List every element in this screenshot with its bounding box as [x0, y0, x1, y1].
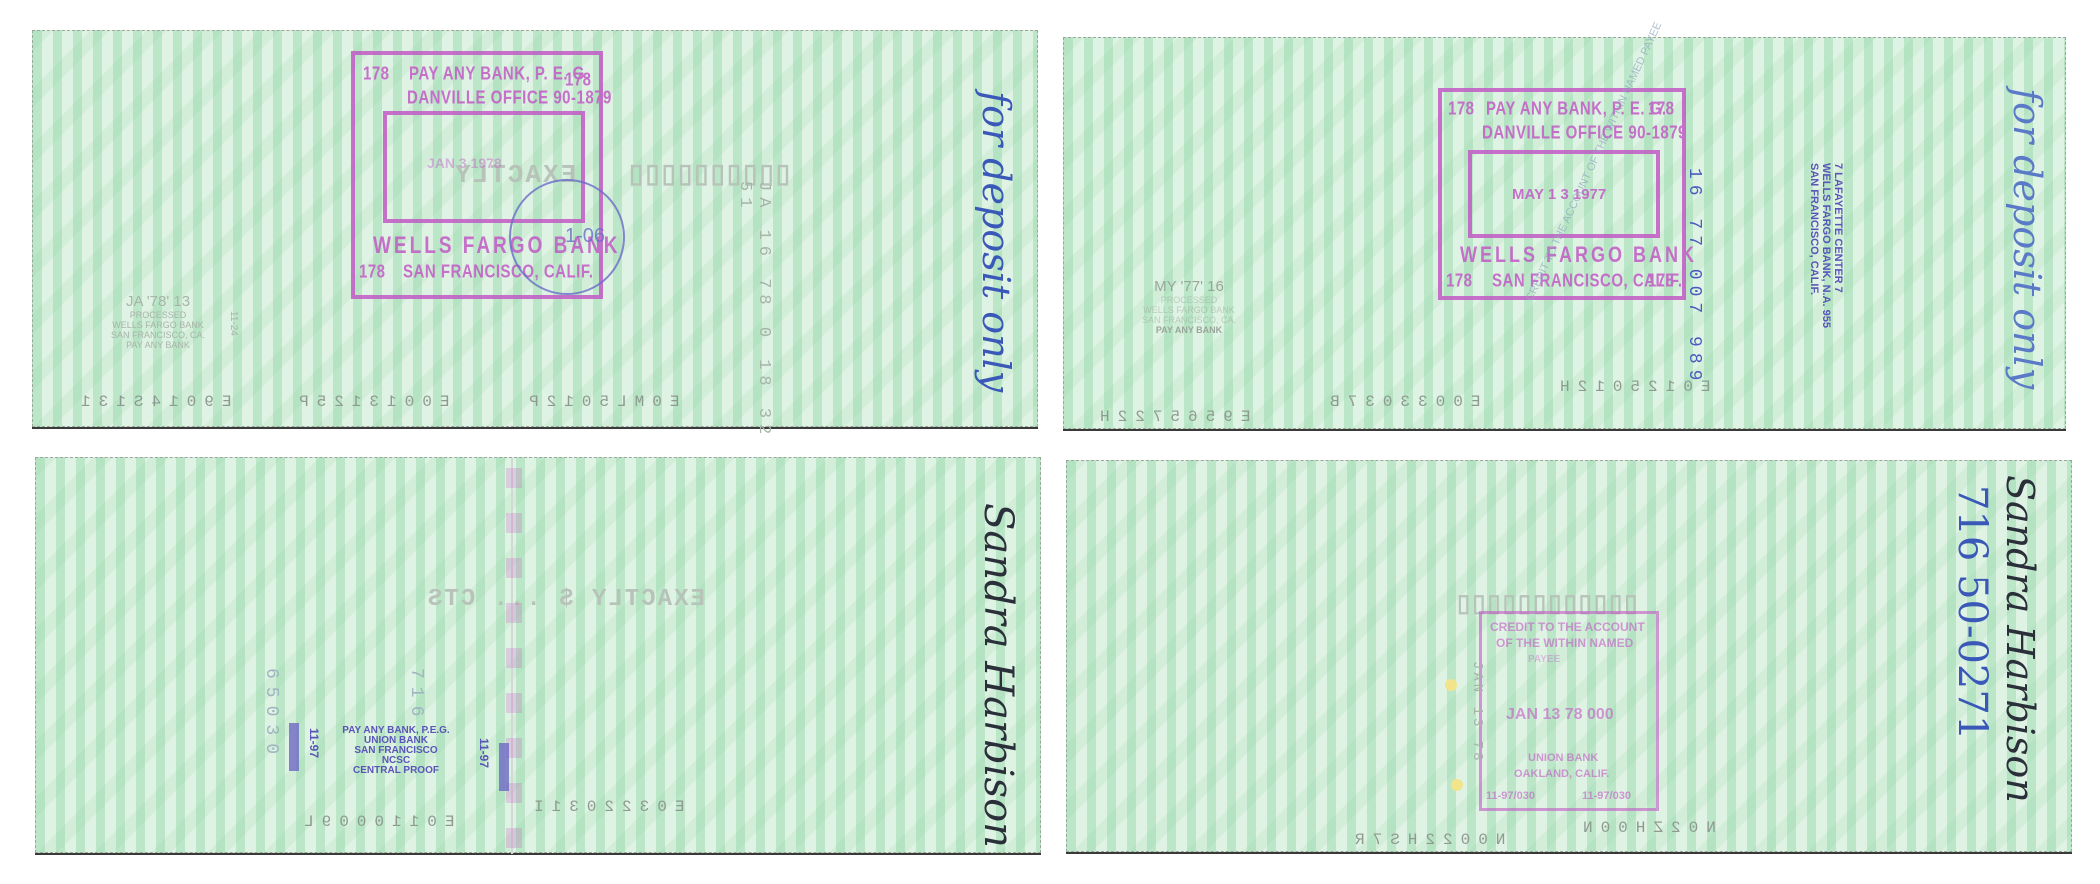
- micr-line-3: E0ML5012P: [521, 393, 679, 411]
- blue-stamp-code-right: 11-97: [491, 738, 521, 752]
- branch-line: 7 LAFAYETTE CENTER 7: [1832, 163, 1844, 328]
- processed-date: MY '77' 16: [1114, 278, 1264, 295]
- code-text: 11-97: [477, 738, 491, 768]
- processed-line: SAN FRANCISCO, CA.: [83, 330, 233, 340]
- vertical-print-text: 16 77 007 989: [1684, 168, 1704, 386]
- processed-line: PAY ANY BANK: [1114, 325, 1264, 335]
- stamp-code: 178: [1648, 270, 1675, 291]
- stamp-date: JAN 3 1978: [427, 155, 502, 171]
- micr-text: E9014S131: [73, 393, 231, 411]
- stamp-code: 11-97/030: [1486, 790, 1535, 802]
- stamp-line-2: DANVILLE OFFICE 90-1879: [1482, 122, 1687, 143]
- stamp-line-3: WELLS FARGO BANK: [1460, 242, 1697, 268]
- vertical-print: JAN 13 78: [1485, 661, 1588, 677]
- processed-line: SAN FRANCISCO, CA.: [1114, 315, 1264, 325]
- micr-line-3: E0125012H: [1552, 378, 1710, 396]
- stamp-line: CREDIT TO THE ACCOUNT: [1490, 620, 1645, 634]
- micr-line-1: E9014S131: [73, 393, 231, 411]
- branch-stamp: 7 LAFAYETTE CENTER 7 WELLS FARGO BANK, N…: [1844, 163, 2009, 199]
- stamp-date: JAN 13 78 000: [1506, 706, 1614, 724]
- micr-text: E0322031I: [526, 798, 684, 816]
- processed-date: JA '78' 13: [83, 293, 233, 310]
- processed-line: WELLS FARGO BANK: [1114, 305, 1264, 315]
- account-number-note: 716 50-0271: [1995, 485, 2100, 531]
- processed-code: 11-24: [239, 311, 264, 322]
- stamp-line-1: PAY ANY BANK, P. E. G.: [409, 63, 590, 84]
- stamp-code: 11-97/030: [1582, 790, 1631, 802]
- micr-line-1: N0022HS7R: [1347, 831, 1505, 849]
- micr-text: E0013125P: [291, 393, 449, 411]
- circle-stamp-text: 1-06: [565, 225, 605, 248]
- branch-line: WELLS FARGO BANK, N.A. 955: [1820, 163, 1832, 328]
- stamp-bank: UNION BANK: [1528, 752, 1598, 764]
- code-text: 11-97: [307, 728, 321, 758]
- stamp-code: 178: [363, 63, 390, 84]
- bleed-through-text: EXACTLY $ ... CTS: [426, 586, 705, 613]
- yellow-mark: [1445, 679, 1457, 691]
- stamp-code: 178: [1648, 98, 1675, 119]
- micr-text: E0ML5012P: [521, 393, 679, 411]
- processed-line: PROCESSED: [1114, 295, 1264, 305]
- vertical-print-text: 716: [406, 668, 426, 724]
- micr-line-2: N02ZH00N: [1575, 819, 1716, 837]
- micr-text: E0033037B: [1322, 393, 1480, 411]
- stamp-city: OAKLAND, CALIF.: [1514, 768, 1609, 780]
- account-number-text: 716 50-0271: [1949, 485, 1995, 740]
- check-back-2: 178 PAY ANY BANK, P. E. G. 178 DANVILLE …: [1063, 37, 2066, 429]
- micr-text: E0110009L: [296, 813, 454, 831]
- stamp-line-1: PAY ANY BANK, P. E. G.: [1486, 98, 1667, 119]
- vertical-print-text: JA 16 78 0 18 32 51: [735, 181, 773, 445]
- check-back-3: EXACTLY $ ... CTS 65030 716 PAY ANY BANK…: [35, 457, 1041, 853]
- endorsement-text: for deposit only: [2005, 88, 2049, 389]
- stamp-line-2: DANVILLE OFFICE 90-1879: [407, 87, 612, 108]
- micr-text: N02ZH00N: [1575, 819, 1716, 837]
- vertical-print-2: 716: [426, 668, 482, 688]
- stamp-bar-left: [289, 723, 299, 771]
- stamp-date: MAY 1 3 1977: [1512, 186, 1606, 203]
- processed-line: WELLS FARGO BANK: [83, 320, 233, 330]
- vertical-print-text: 65030: [261, 668, 281, 762]
- blue-stamp-line: CENTRAL PROOF: [326, 766, 466, 776]
- micr-line-2: E0033037B: [1322, 393, 1480, 411]
- micr-line-2: E0013125P: [291, 393, 449, 411]
- bank-endorsement-stamp: 178 PAY ANY BANK, P. E. G. 178 DANVILLE …: [1438, 88, 1686, 300]
- stamp-code: 178: [359, 261, 386, 282]
- circle-stamp: 1-06: [509, 179, 625, 295]
- processed-stamp: JA '78' 13 PROCESSED WELLS FARGO BANK SA…: [83, 293, 233, 350]
- processed-stamp: MY '77' 16 PROCESSED WELLS FARGO BANK SA…: [1114, 278, 1264, 335]
- processed-line: PAY ANY BANK: [83, 340, 233, 350]
- pink-stamp-residue: [506, 468, 522, 848]
- endorsement-handwriting: for deposit only: [2049, 88, 2100, 132]
- yellow-mark: [1451, 779, 1463, 791]
- signature-text: Sandra Harbison: [975, 503, 1021, 848]
- micr-line-1: E9565722H: [1092, 408, 1250, 426]
- micr-text: E0125012H: [1552, 378, 1710, 396]
- stamp-code: 178: [1446, 270, 1473, 291]
- blue-stamp-code-left: 11-97: [321, 728, 351, 742]
- micr-line-2: E0322031I: [526, 798, 684, 816]
- check-back-1: EXACTLY ▯▯▯▯▯▯▯▯▯▯ 178 PAY ANY BANK, P. …: [32, 30, 1038, 427]
- processed-line: PROCESSED: [83, 310, 233, 320]
- endorsement-text: for deposit only: [974, 91, 1018, 392]
- processed-code-text: 11-24: [228, 311, 239, 336]
- micr-text: E9565722H: [1092, 408, 1250, 426]
- credit-account-stamp: CREDIT TO THE ACCOUNT OF THE WITHIN NAME…: [1479, 611, 1659, 811]
- branch-line: SAN FRANCISCO, CALIF.: [1808, 163, 1820, 328]
- micr-text: N0022HS7R: [1347, 831, 1505, 849]
- ghost-text: EXACTLY $ ... CTS: [426, 586, 705, 613]
- micr-line-1: E0110009L: [296, 813, 454, 831]
- check-back-4: ▯▯▯▯▯▯▯▯▯▯▯▯ CREDIT TO THE ACCOUNT OF TH…: [1066, 460, 2072, 852]
- stamp-line: OF THE WITHIN NAMED: [1496, 636, 1633, 650]
- stamp-code: 178: [1448, 98, 1475, 119]
- vertical-print: 65030: [281, 668, 375, 688]
- vertical-print-text: JAN 13 78: [1469, 661, 1485, 764]
